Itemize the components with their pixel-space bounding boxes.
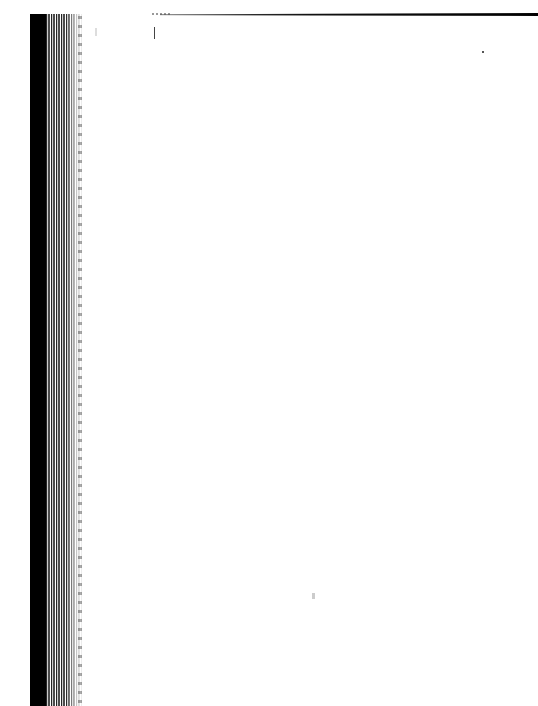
top-rule [160,13,538,16]
scan-speck [482,51,484,53]
scanned-page [0,0,538,706]
scan-speck [154,27,155,39]
scan-speck [95,28,97,36]
binding-ticks [78,16,82,706]
scan-speck [312,593,315,599]
